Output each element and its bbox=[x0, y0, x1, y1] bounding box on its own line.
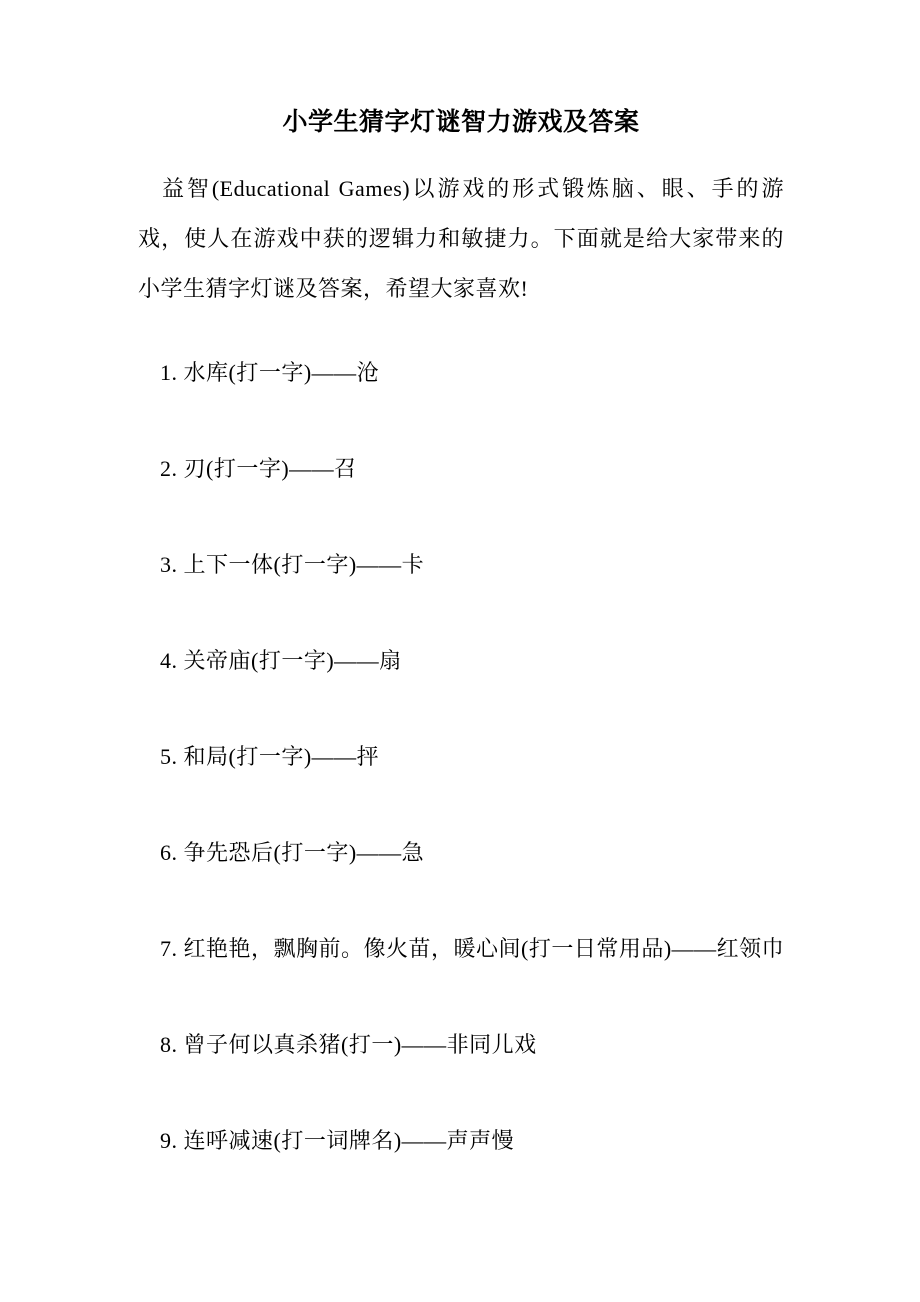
intro-paragraph: 益智(Educational Games)以游戏的形式锻炼脑、眼、手的游戏，使人… bbox=[138, 164, 784, 314]
riddle-item: 4. 关帝庙(打一字)——扇 bbox=[138, 636, 784, 686]
riddle-item: 6. 争先恐后(打一字)——急 bbox=[138, 828, 784, 878]
riddle-item: 1. 水库(打一字)——沧 bbox=[138, 348, 784, 398]
riddle-item: 8. 曾子何以真杀猪(打一)——非同儿戏 bbox=[138, 1020, 784, 1070]
document-page: 小学生猜字灯谜智力游戏及答案 益智(Educational Games)以游戏的… bbox=[0, 0, 920, 1302]
riddle-item: 3. 上下一体(打一字)——卡 bbox=[138, 540, 784, 590]
riddle-item: 9. 连呼减速(打一词牌名)——声声慢 bbox=[138, 1116, 784, 1166]
riddle-item: 2. 刃(打一字)——召 bbox=[138, 444, 784, 494]
riddle-list: 1. 水库(打一字)——沧 2. 刃(打一字)——召 3. 上下一体(打一字)—… bbox=[138, 348, 784, 1166]
riddle-item: 7. 红艳艳，飘胸前。像火苗，暖心间(打一日常用品)——红领巾 bbox=[138, 924, 784, 974]
riddle-item: 5. 和局(打一字)——抨 bbox=[138, 732, 784, 782]
page-title: 小学生猜字灯谜智力游戏及答案 bbox=[138, 100, 784, 146]
